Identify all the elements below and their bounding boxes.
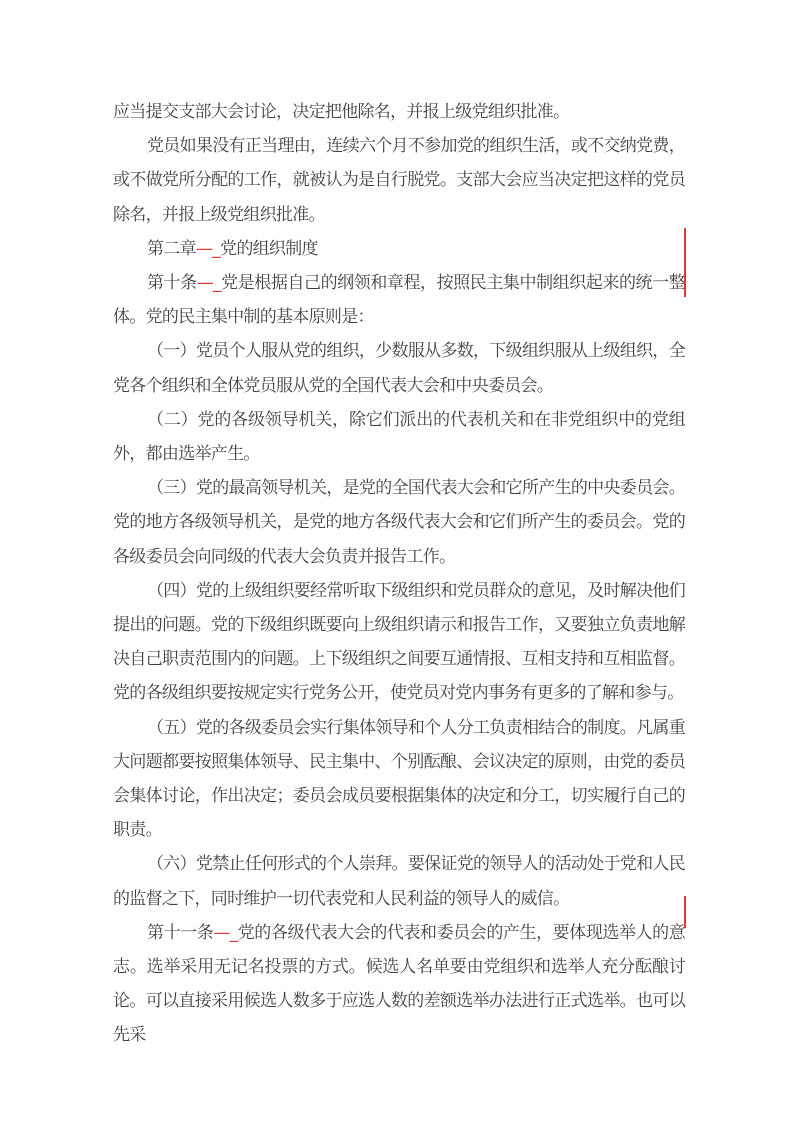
principle-3[interactable]: （三）党的最高领导机关，是党的全国代表大会和它所产生的中央委员会。党的地方各级领… — [113, 471, 685, 574]
text-run: 应当提交支部大会讨论，决定把他除名，并报上级党组织批准。 — [113, 102, 569, 122]
document-body[interactable]: 应当提交支部大会讨论，决定把他除名，并报上级党组织批准。党员如果没有正当理由，连… — [113, 95, 685, 1053]
chapter-heading[interactable]: 第二章—_党的组织制度 — [113, 232, 685, 266]
text-run: （二）党的各级领导机关，除它们派出的代表机关和在非党组织中的党组外，都由选举产生… — [113, 410, 685, 464]
paragraph-self-removal[interactable]: 党员如果没有正当理由，连续六个月不参加党的组织生活，或不交纳党费，或不做党所分配… — [113, 129, 685, 232]
text-run: （六）党禁止任何形式的个人崇拜。要保证党的领导人的活动处于党和人民的监督之下，同… — [113, 854, 685, 908]
inserted-space-mark: _ — [213, 273, 221, 293]
document-page: 应当提交支部大会讨论，决定把他除名，并报上级党组织批准。党员如果没有正当理由，连… — [0, 0, 793, 1121]
text-run: 第十条 — [147, 273, 197, 293]
principle-6[interactable]: （六）党禁止任何形式的个人崇拜。要保证党的领导人的活动处于党和人民的监督之下，同… — [113, 847, 685, 915]
text-run: （四）党的上级组织要经常听取下级组织和党员群众的意见，及时解决他们提出的问题。党… — [113, 581, 685, 704]
revision-change-bar — [684, 896, 686, 928]
text-run: 第二章 — [147, 239, 196, 259]
text-run: 党员如果没有正当理由，连续六个月不参加党的组织生活，或不交纳党费，或不做党所分配… — [113, 136, 685, 224]
principle-2[interactable]: （二）党的各级领导机关，除它们派出的代表机关和在非党组织中的党组外，都由选举产生… — [113, 403, 685, 471]
deleted-space-mark: — — [213, 923, 229, 943]
article-10[interactable]: 第十条—_党是根据自己的纲领和章程，按照民主集中制组织起来的统一整体。党的民主集… — [113, 266, 685, 334]
text-run: （三）党的最高领导机关，是党的全国代表大会和它所产生的中央委员会。党的地方各级领… — [113, 478, 685, 566]
text-run: （五）党的各级委员会实行集体领导和个人分工负责相结合的制度。凡属重大问题都要按照… — [113, 718, 685, 841]
revision-change-bar — [684, 228, 686, 297]
principle-4[interactable]: （四）党的上级组织要经常听取下级组织和党员群众的意见，及时解决他们提出的问题。党… — [113, 574, 685, 711]
text-run: 党的组织制度 — [220, 239, 318, 259]
text-run: 第十一条 — [147, 923, 213, 943]
deleted-space-mark: — — [196, 239, 212, 259]
deleted-space-mark: — — [197, 273, 213, 293]
paragraph-continuation[interactable]: 应当提交支部大会讨论，决定把他除名，并报上级党组织批准。 — [113, 95, 685, 129]
text-run: （一）党员个人服从党的组织，少数服从多数，下级组织服从上级组织，全党各个组织和全… — [113, 341, 685, 395]
principle-1[interactable]: （一）党员个人服从党的组织，少数服从多数，下级组织服从上级组织，全党各个组织和全… — [113, 334, 685, 402]
inserted-space-mark: _ — [212, 239, 220, 259]
principle-5[interactable]: （五）党的各级委员会实行集体领导和个人分工负责相结合的制度。凡属重大问题都要按照… — [113, 711, 685, 848]
article-11[interactable]: 第十一条—_党的各级代表大会的代表和委员会的产生，要体现选举人的意志。选举采用无… — [113, 916, 685, 1053]
